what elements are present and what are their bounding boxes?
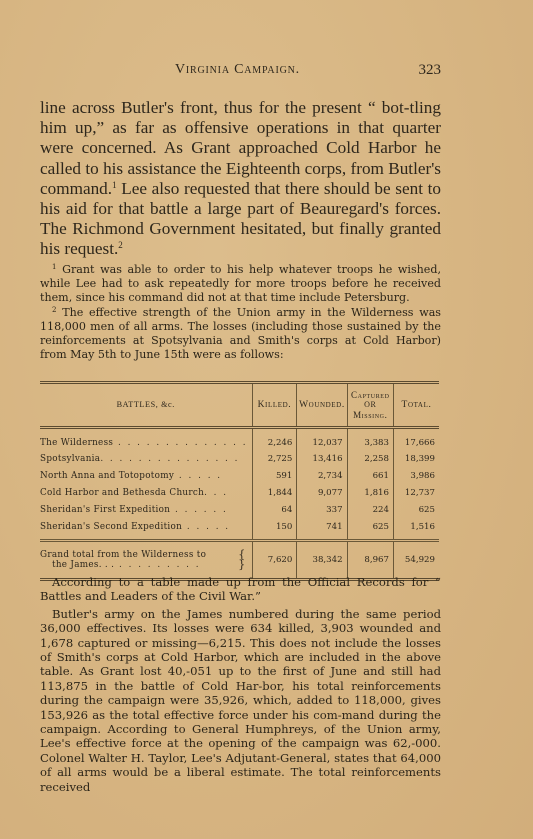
battle-name: Spotsylvania. . . . . . . . . . . . . . … bbox=[40, 450, 252, 467]
battle-name: The Wilderness . . . . . . . . . . . . .… bbox=[40, 428, 252, 451]
captured-value: 224 bbox=[347, 501, 393, 518]
losses-table-container: BATTLES, &c. Killed. Wounded. Captured o… bbox=[40, 381, 439, 581]
battle-name: North Anna and Totopotomy . . . . . bbox=[40, 467, 252, 484]
running-title: Virginia Campaign. bbox=[175, 62, 300, 78]
butler-paragraph: Butler's army on the James numbered duri… bbox=[40, 607, 441, 794]
captured-value: 625 bbox=[347, 518, 393, 541]
killed-value: 150 bbox=[252, 518, 297, 541]
table-row: The Wilderness . . . . . . . . . . . . .… bbox=[40, 428, 439, 451]
grand-total-killed: 7,620 bbox=[252, 541, 297, 580]
brace-glyph: {} bbox=[238, 550, 245, 570]
source-note: According to a table made up from the Of… bbox=[40, 575, 441, 604]
captured-value: 3,383 bbox=[347, 428, 393, 451]
wounded-value: 13,416 bbox=[297, 450, 347, 467]
table-row: Sheridan's Second Expedition . . . . . 1… bbox=[40, 518, 439, 541]
losses-table: BATTLES, &c. Killed. Wounded. Captured o… bbox=[40, 384, 439, 581]
header-battles: BATTLES, &c. bbox=[40, 384, 252, 428]
killed-value: 1,844 bbox=[252, 484, 297, 501]
header-wounded: Wounded. bbox=[297, 384, 347, 428]
continuation-text: According to a table made up from the Of… bbox=[40, 575, 441, 794]
total-value: 1,516 bbox=[394, 518, 440, 541]
killed-value: 591 bbox=[252, 467, 297, 484]
captured-value: 2,258 bbox=[347, 450, 393, 467]
captured-value: 661 bbox=[347, 467, 393, 484]
battle-name: Sheridan's Second Expedition . . . . . bbox=[40, 518, 252, 541]
header-killed: Killed. bbox=[252, 384, 297, 428]
footnote-ref-2: 2 bbox=[118, 240, 123, 250]
battle-name: Cold Harbor and Bethesda Church. . . bbox=[40, 484, 252, 501]
wounded-value: 741 bbox=[297, 518, 347, 541]
killed-value: 64 bbox=[252, 501, 297, 518]
grand-total-total: 54,929 bbox=[394, 541, 440, 580]
wounded-value: 337 bbox=[297, 501, 347, 518]
table-row: Spotsylvania. . . . . . . . . . . . . . … bbox=[40, 450, 439, 467]
total-value: 17,666 bbox=[394, 428, 440, 451]
page-number: 323 bbox=[419, 62, 442, 79]
total-value: 18,399 bbox=[394, 450, 440, 467]
table-row: Sheridan's First Expedition . . . . . . … bbox=[40, 501, 439, 518]
footnotes: 1 Grant was able to order to his help wh… bbox=[40, 263, 441, 362]
table-row: North Anna and Totopotomy . . . . . 591 … bbox=[40, 467, 439, 484]
running-head: Virginia Campaign. 323 bbox=[40, 62, 441, 82]
wounded-value: 2,734 bbox=[297, 467, 347, 484]
killed-value: 2,725 bbox=[252, 450, 297, 467]
wounded-value: 9,077 bbox=[297, 484, 347, 501]
grand-total-label: {} Grand total from the Wilderness to th… bbox=[40, 541, 252, 580]
total-value: 625 bbox=[394, 501, 440, 518]
footnote-1: 1 Grant was able to order to his help wh… bbox=[40, 263, 441, 306]
total-value: 3,986 bbox=[394, 467, 440, 484]
table-row: Cold Harbor and Bethesda Church. . . 1,8… bbox=[40, 484, 439, 501]
captured-value: 1,816 bbox=[347, 484, 393, 501]
grand-total-captured: 8,967 bbox=[347, 541, 393, 580]
wounded-value: 12,037 bbox=[297, 428, 347, 451]
table-header-row: BATTLES, &c. Killed. Wounded. Captured o… bbox=[40, 384, 439, 428]
footnote-text: Grant was able to order to his help what… bbox=[40, 263, 441, 304]
footnote-2: 2 The effective strength of the Union ar… bbox=[40, 306, 441, 363]
footnote-text: The effective strength of the Union army… bbox=[40, 306, 441, 362]
grand-total-wounded: 38,342 bbox=[297, 541, 347, 580]
total-value: 12,737 bbox=[394, 484, 440, 501]
battle-name: Sheridan's First Expedition . . . . . . bbox=[40, 501, 252, 518]
main-paragraph: line across Butler's front, thus for the… bbox=[40, 98, 441, 260]
header-total: Total. bbox=[394, 384, 440, 428]
killed-value: 2,246 bbox=[252, 428, 297, 451]
grand-total-row: {} Grand total from the Wilderness to th… bbox=[40, 541, 439, 580]
header-captured-or-missing: Captured or Missing. bbox=[347, 384, 393, 428]
